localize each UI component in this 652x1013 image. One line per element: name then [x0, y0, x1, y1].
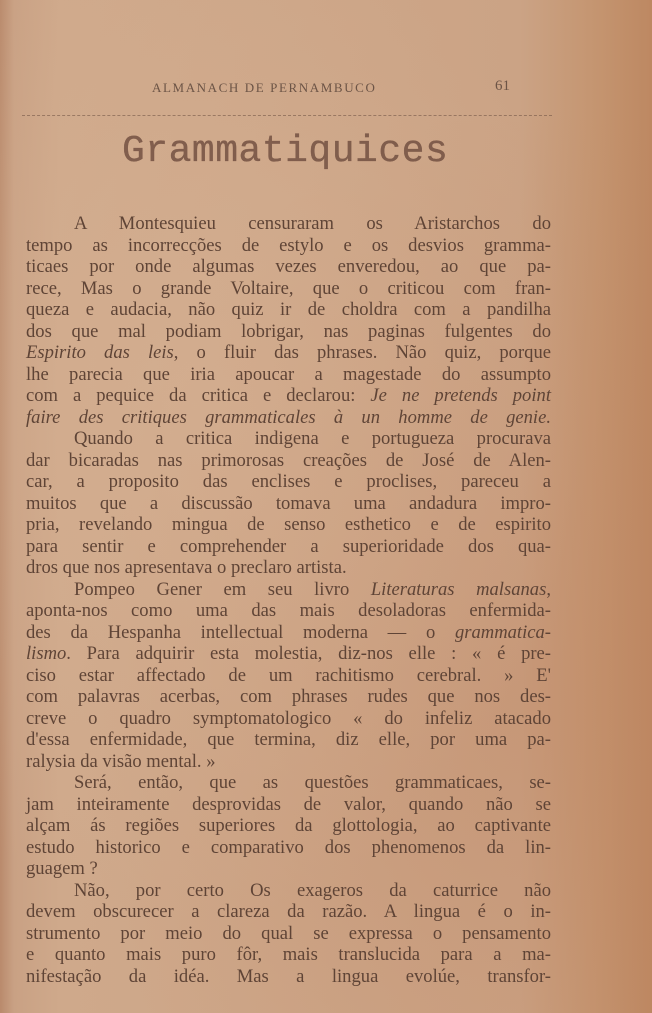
text-line: Será, então, que as questões grammaticae… [26, 772, 551, 794]
book-title-italic: Literaturas malsanas [371, 579, 547, 600]
header-rule [22, 115, 552, 116]
text-line: Não, por certo Os exageros da caturrice … [26, 880, 551, 902]
text-line: car, a proposito das enclises e proclise… [26, 471, 551, 493]
text-line: dar bicaradas nas primorosas creações de… [26, 450, 551, 472]
book-title-italic: Espirito das leis [26, 342, 174, 363]
text-line: muitos que a discussão tomava uma andadu… [26, 493, 551, 515]
article-body: A Montesquieu censuraram os Aristarchos … [26, 213, 551, 987]
term-italic: lismo [26, 643, 66, 664]
text-line: Espirito das leis, o fluir das phrases. … [26, 342, 551, 364]
text-line: faire des critiques grammaticales à un h… [26, 407, 551, 429]
text-line: guagem ? [26, 858, 551, 880]
article-title: Grammatiquices [122, 130, 448, 173]
text-line: rece, Mas o grande Voltaire, que o criti… [26, 278, 551, 300]
text-line: devem obscurecer a clareza da razão. A l… [26, 901, 551, 923]
text-line: lhe parecia que iria apoucar a magestade… [26, 364, 551, 386]
text-line: Quando a critica indigena e portugueza p… [26, 428, 551, 450]
text-line: creve o quadro symptomatologico « do inf… [26, 708, 551, 730]
running-title: ALMANACH DE PERNAMBUCO [152, 80, 376, 96]
text-line: dros que nos apresentava o preclaro arti… [26, 557, 551, 579]
text-line: jam inteiramente desprovidas de valor, q… [26, 794, 551, 816]
text-line: alçam ás regiões superiores da glottolog… [26, 815, 551, 837]
text-line: com palavras acerbas, com phrases rudes … [26, 686, 551, 708]
french-quote-italic: faire des critiques grammaticales à un h… [26, 407, 551, 428]
text-line: ciso estar affectado de um rachitismo ce… [26, 665, 551, 687]
text-line: tempo as incorrecções de estylo e os des… [26, 235, 551, 257]
text-line: queza e audacia, não quiz ir de choldra … [26, 299, 551, 321]
page-number: 61 [495, 78, 510, 95]
text-line: ralysia da visão mental. » [26, 751, 551, 773]
text-line: ticaes por onde algumas vezes enveredou,… [26, 256, 551, 278]
page-header: ALMANACH DE PERNAMBUCO 61 [0, 80, 652, 104]
scanned-page: ALMANACH DE PERNAMBUCO 61 Grammatiquices… [0, 0, 652, 1013]
text-line: Pompeo Gener em seu livro Literaturas ma… [26, 579, 551, 601]
text-line: nifestação da idéa. Mas a lingua evolúe,… [26, 966, 551, 988]
term-italic: grammatica- [455, 622, 551, 643]
french-quote-italic: Je ne pretends point [370, 385, 551, 406]
text-line: lismo. Para adquirir esta molestia, diz-… [26, 643, 551, 665]
text-line: pria, revelando mingua de senso esthetic… [26, 514, 551, 536]
text-line: d'essa enfermidade, que termina, diz ell… [26, 729, 551, 751]
text-line: estudo historico e comparativo dos pheno… [26, 837, 551, 859]
text-line: strumento por meio do qual se expressa o… [26, 923, 551, 945]
text-line: com a pequice da critica e declarou: Je … [26, 385, 551, 407]
text-line: A Montesquieu censuraram os Aristarchos … [26, 213, 551, 235]
text-line: aponta-nos como uma das mais desoladoras… [26, 600, 551, 622]
text-line: dos que mal podiam lobrigar, nas paginas… [26, 321, 551, 343]
text-line: des da Hespanha intellectual moderna — o… [26, 622, 551, 644]
text-line: e quanto mais puro fôr, mais translucida… [26, 944, 551, 966]
text-line: para sentir e comprehender a superiorida… [26, 536, 551, 558]
